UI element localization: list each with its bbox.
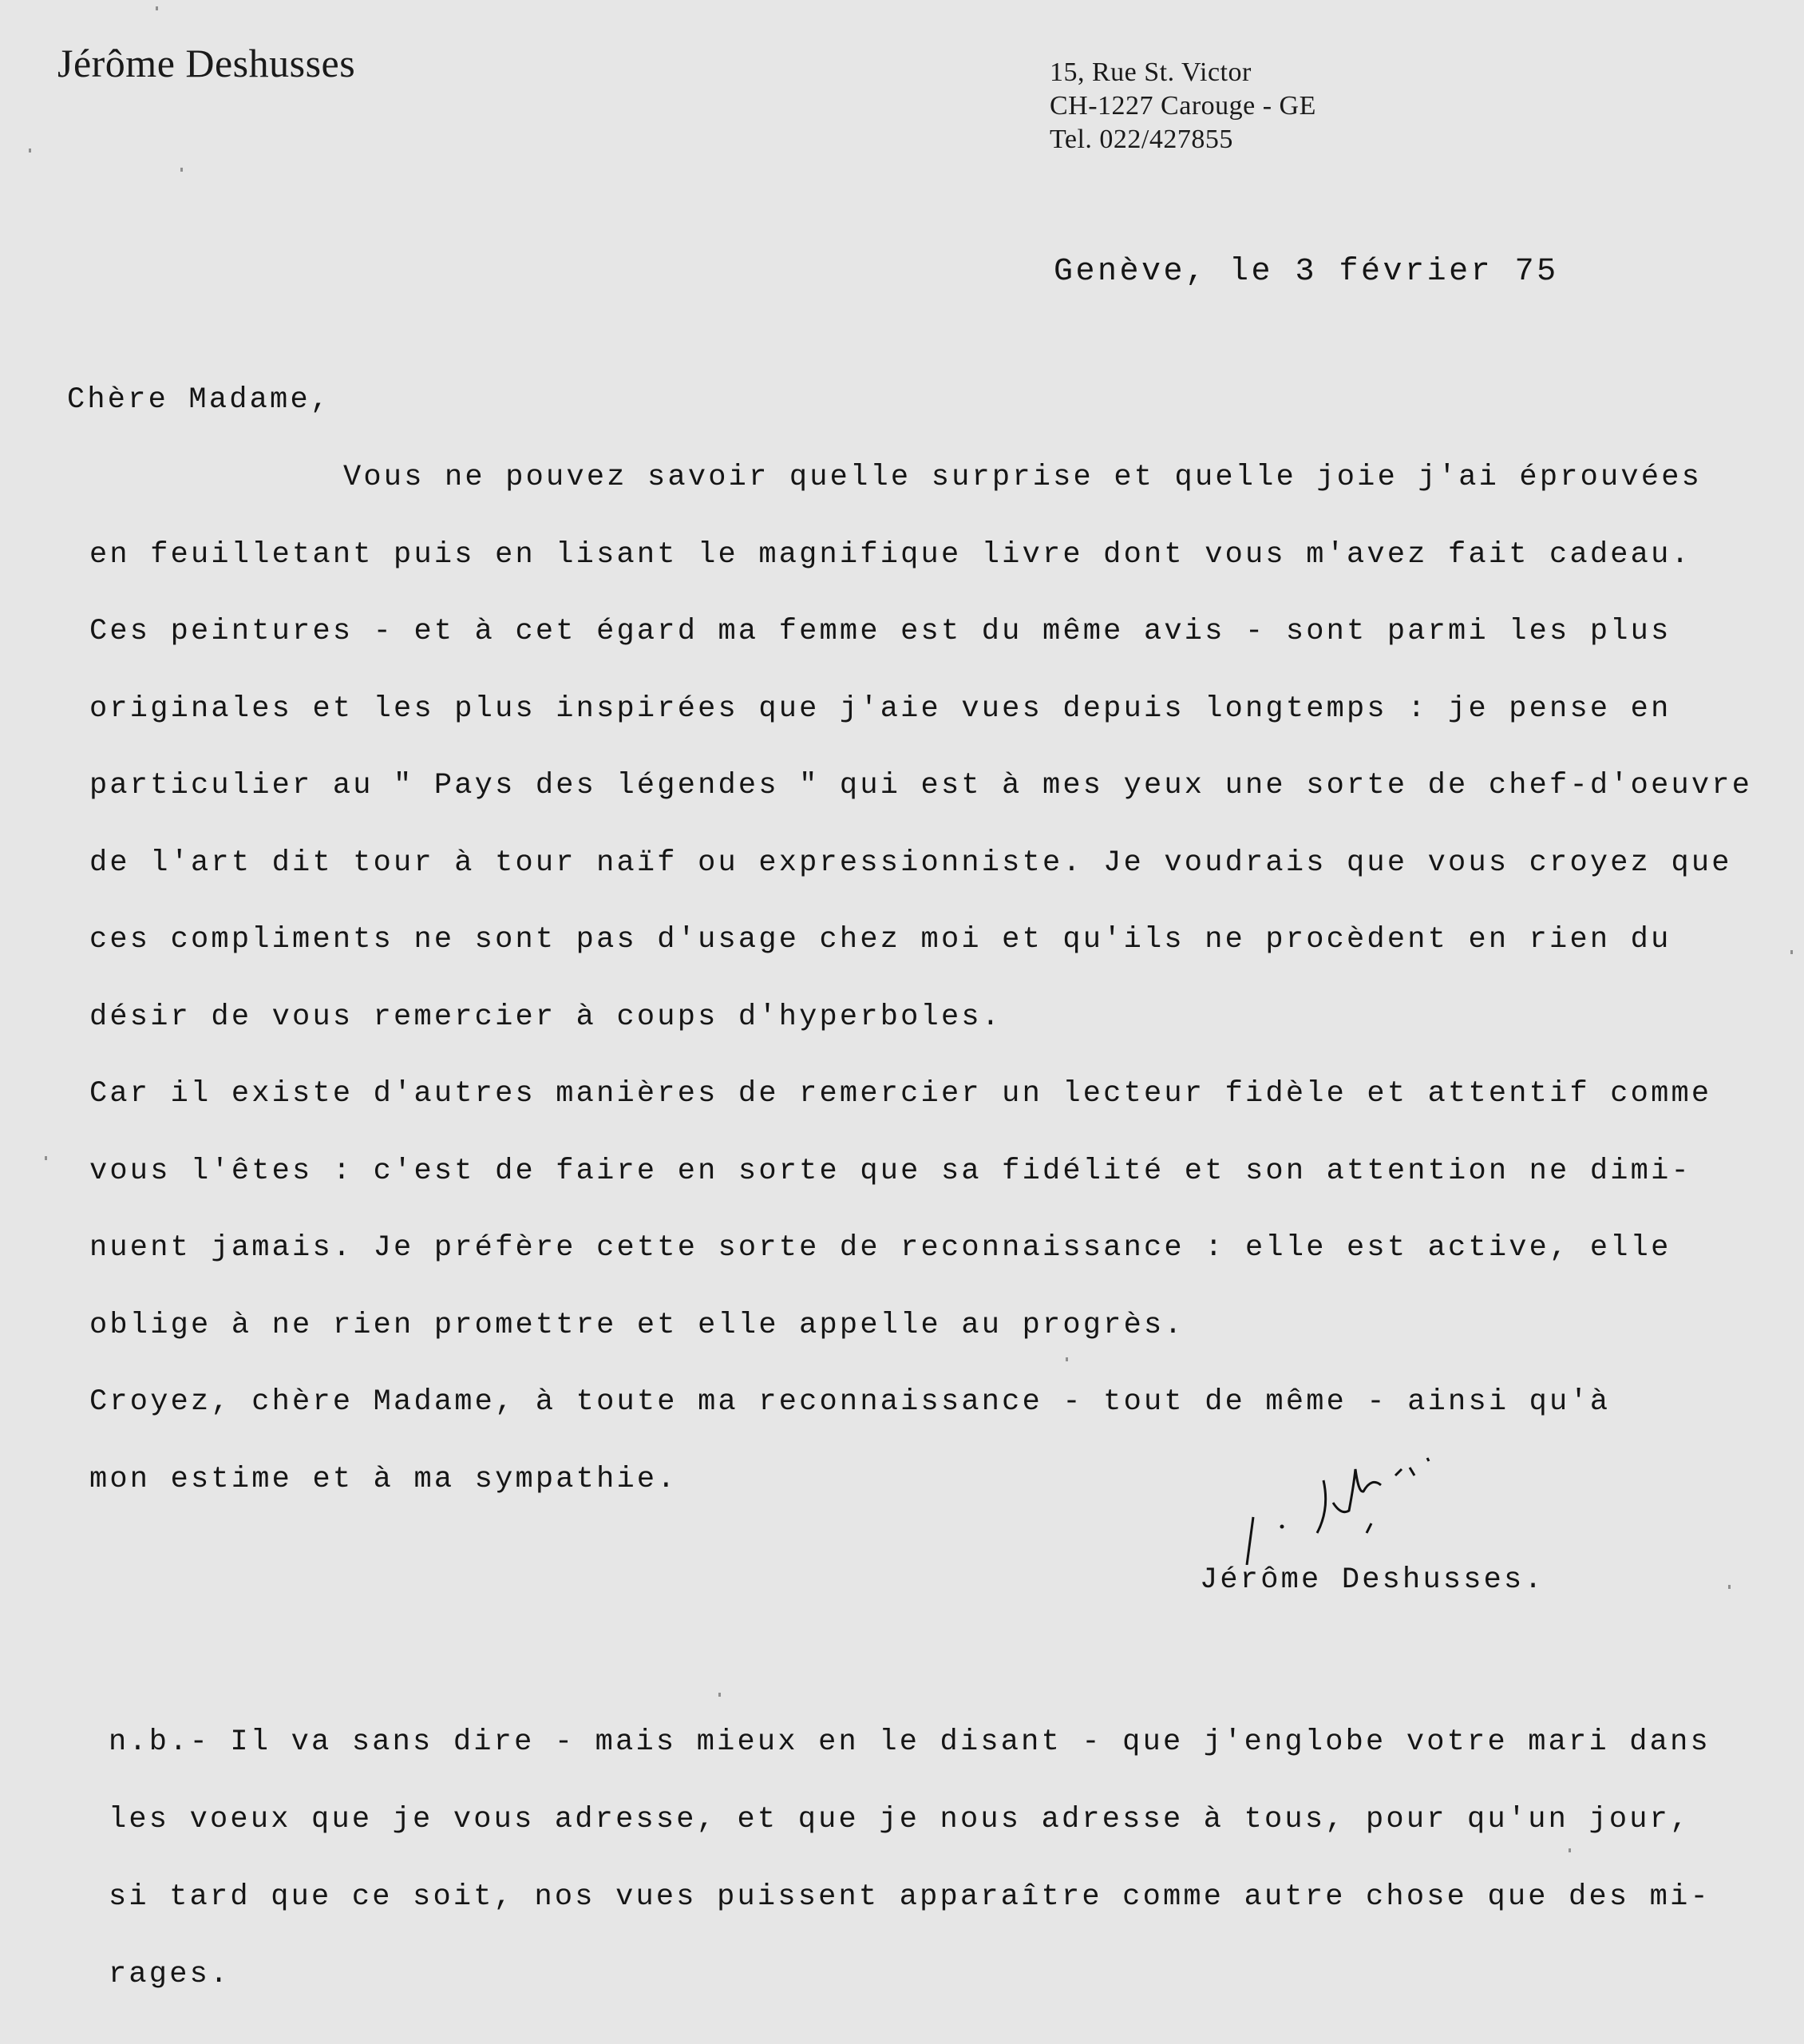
postscript-line: les voeux que je vous adresse, et que je… — [109, 1796, 1711, 1873]
body-line: désir de vous remercier à coups d'hyperb… — [89, 993, 1804, 1071]
body-line: Vous ne pouvez savoir quelle surprise et… — [89, 454, 1804, 531]
scan-speck — [1569, 1848, 1571, 1852]
body-line: nuent jamais. Je préfère cette sorte de … — [89, 1224, 1804, 1301]
scan-speck — [1790, 950, 1793, 954]
typed-signature-name: Jérôme Deshusses. — [1200, 1563, 1545, 1597]
letterhead-name: Jérôme Deshusses — [57, 40, 355, 86]
address-phone: Tel. 022/427855 — [1050, 123, 1316, 156]
postscript-line: rages. — [109, 1951, 1711, 2028]
postscript: n.b.- Il va sans dire - mais mieux en le… — [109, 1718, 1711, 2028]
date-line: Genève, le 3 février 75 — [1054, 254, 1559, 290]
body-line: vous l'êtes : c'est de faire en sorte qu… — [89, 1147, 1804, 1225]
scan-speck — [1066, 1357, 1068, 1361]
body-line: originales et les plus inspirées que j'a… — [89, 685, 1804, 763]
salutation: Chère Madame, — [67, 383, 330, 417]
body-line: de l'art dit tour à tour naïf ou express… — [89, 839, 1804, 917]
handwritten-signature-icon — [1229, 1453, 1565, 1565]
body-line: Croyez, chère Madame, à toute ma reconna… — [89, 1378, 1804, 1456]
body-line: en feuilletant puis en lisant le magnifi… — [89, 531, 1804, 608]
letterhead-address: 15, Rue St. Victor CH-1227 Carouge - GE … — [1050, 56, 1316, 156]
body-line: Car il existe d'autres manières de remer… — [89, 1070, 1804, 1147]
postscript-line: n.b.- Il va sans dire - mais mieux en le… — [109, 1718, 1711, 1796]
body-line: ces compliments ne sont pas d'usage chez… — [89, 916, 1804, 993]
letter-body: Vous ne pouvez savoir quelle surprise et… — [89, 454, 1804, 1532]
body-line: particulier au " Pays des légendes " qui… — [89, 762, 1804, 839]
postscript-line: si tard que ce soit, nos vues puissent a… — [109, 1873, 1711, 1951]
scan-speck — [1728, 1585, 1731, 1589]
scan-speck — [180, 168, 183, 172]
scan-speck — [45, 1156, 47, 1160]
scan-speck — [156, 6, 158, 10]
scan-speck — [718, 1693, 721, 1697]
scan-speck — [29, 149, 31, 153]
body-line: oblige à ne rien promettre et elle appel… — [89, 1301, 1804, 1379]
address-city: CH-1227 Carouge - GE — [1050, 89, 1316, 123]
address-street: 15, Rue St. Victor — [1050, 56, 1316, 89]
body-line: Ces peintures - et à cet égard ma femme … — [89, 608, 1804, 685]
